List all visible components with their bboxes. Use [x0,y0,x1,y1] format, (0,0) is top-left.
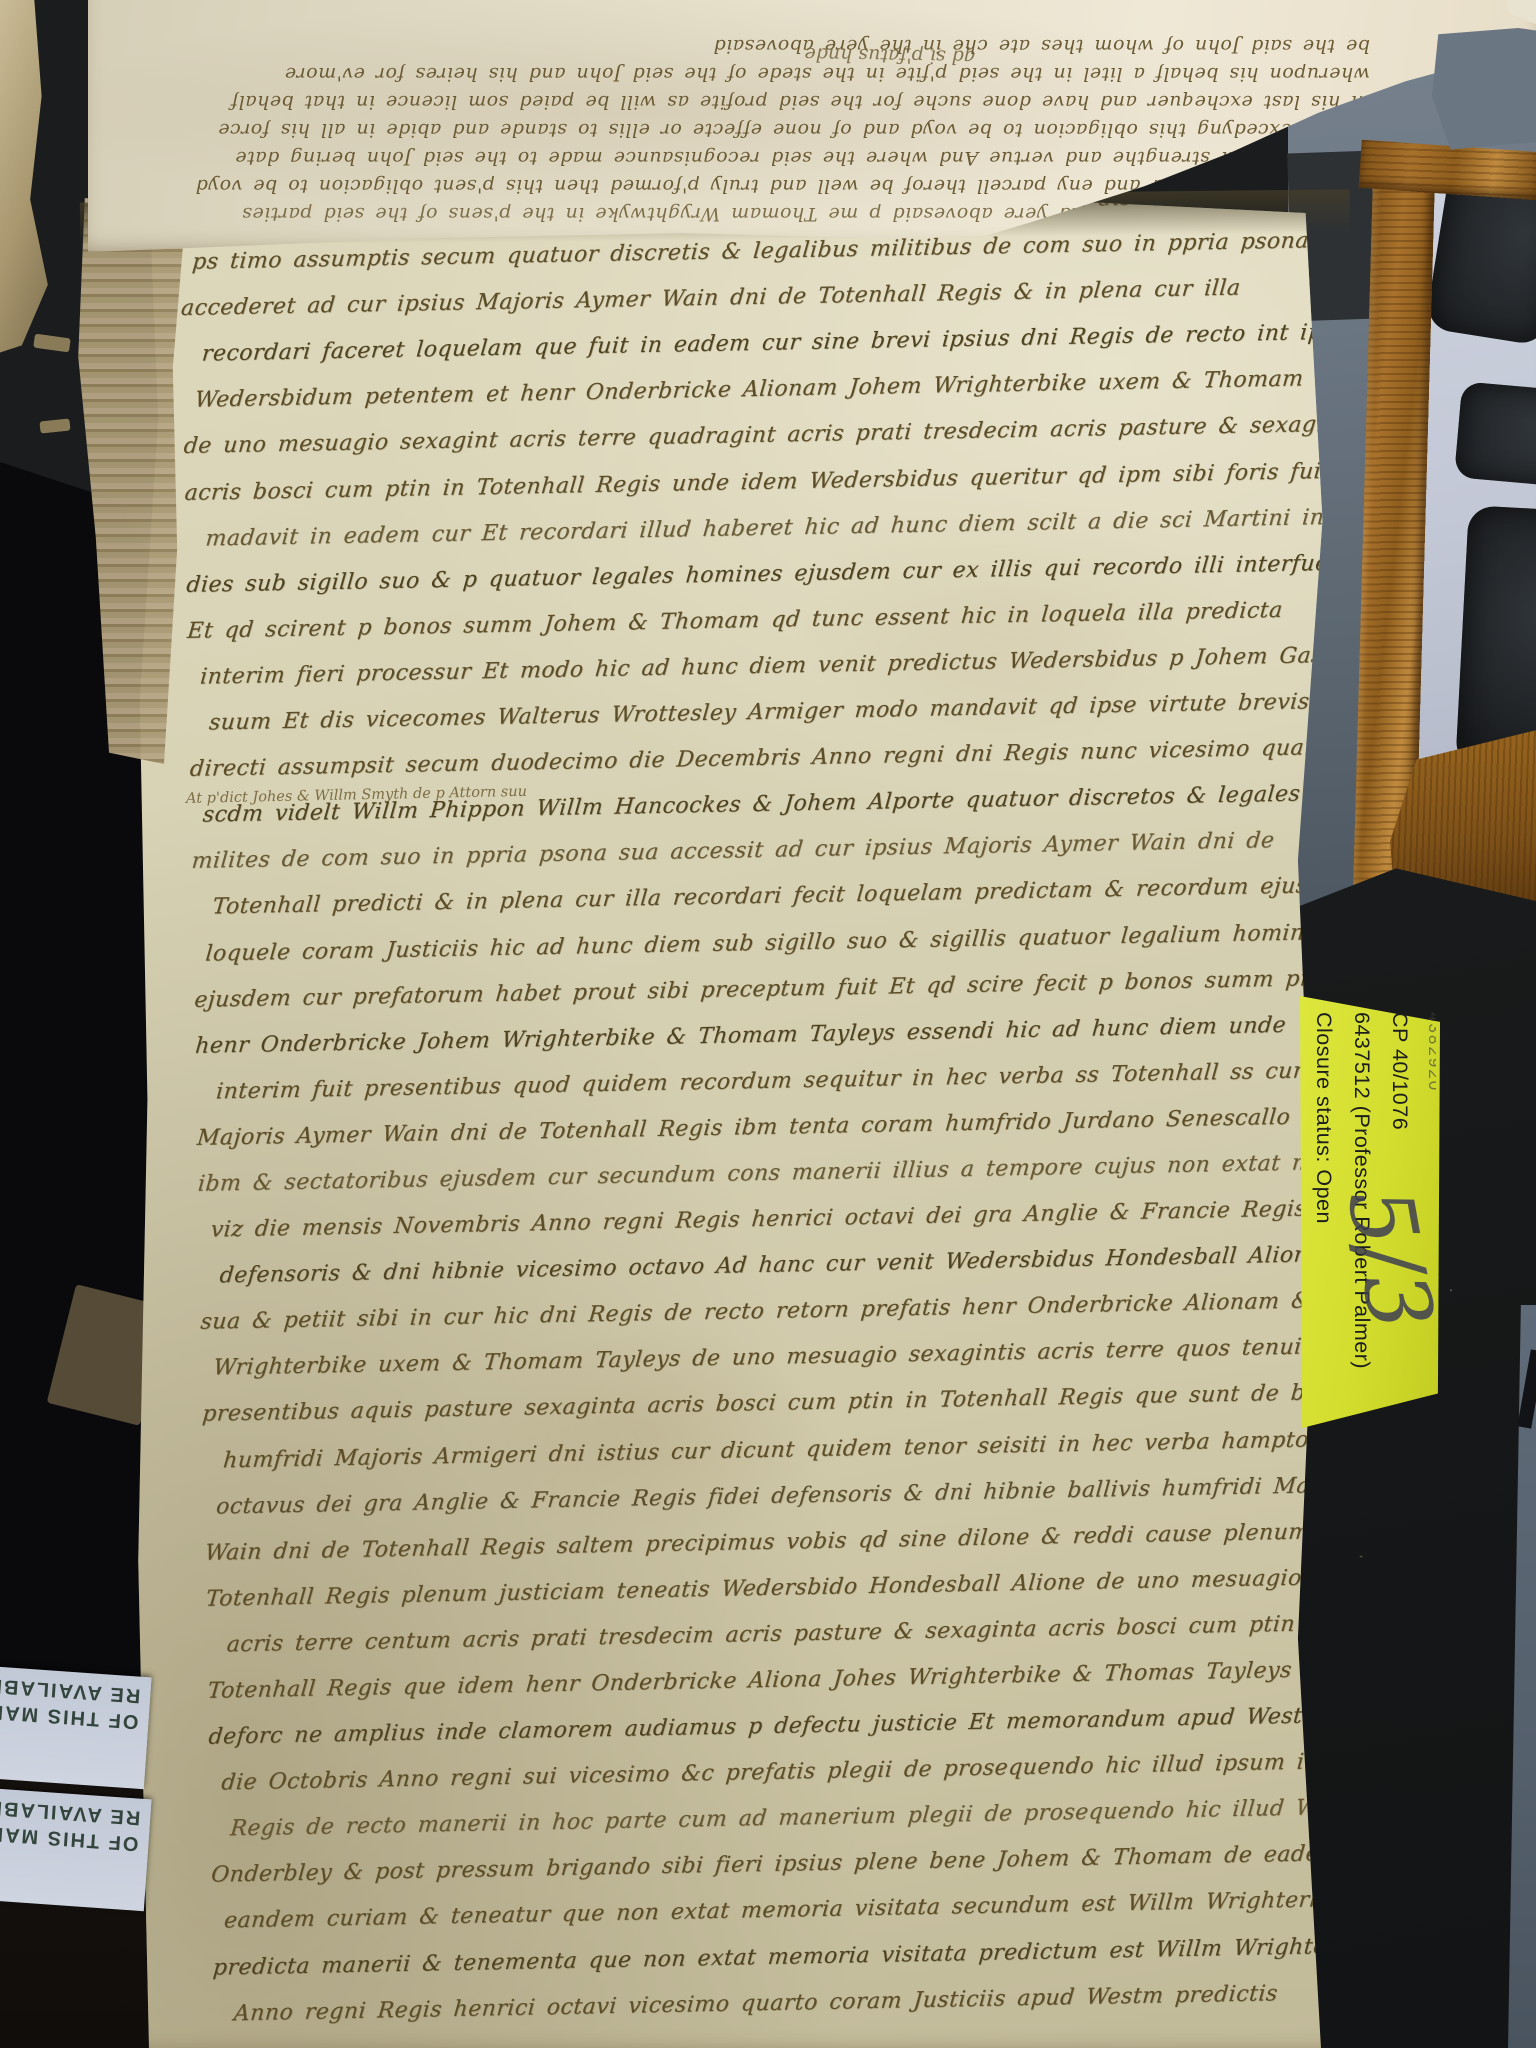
catalogue-strip: OF THIS MARK RE AVAILABLE FR [0,1659,152,1789]
membrane-edge-mark [39,418,70,433]
overleaf-line: in his last exchequer and have done such… [110,88,1370,116]
overleaf-line: remayn in full strengthe and vertue And … [110,144,1370,172]
catalogue-strip: OF THIS MARK RE AVAILABLE FR [0,1781,152,1911]
photo-stage: Staffs Preceptum fuit vic qd Wedersbide … [0,0,1536,2048]
foam-block [1455,505,1536,772]
overleaf-line: wherupon his behalf a litel in the seid … [110,60,1370,88]
archive-note-text: 4382920 CP 40/1076 6437512 (Professor Ro… [1302,1000,1436,1424]
overleaf-fragment: qd si p'fatus hnde [736,42,976,68]
manuscript-text-block: Preceptum fuit vic qd Wedersbide Hondesb… [178,182,1335,2047]
membrane-corner-edges [0,0,52,356]
overleaf-line: of this excedyng this obligacion to be v… [110,116,1370,144]
membrane-edge-mark [33,334,71,353]
background-wedge [1432,28,1536,152]
foam-block [1454,381,1536,486]
